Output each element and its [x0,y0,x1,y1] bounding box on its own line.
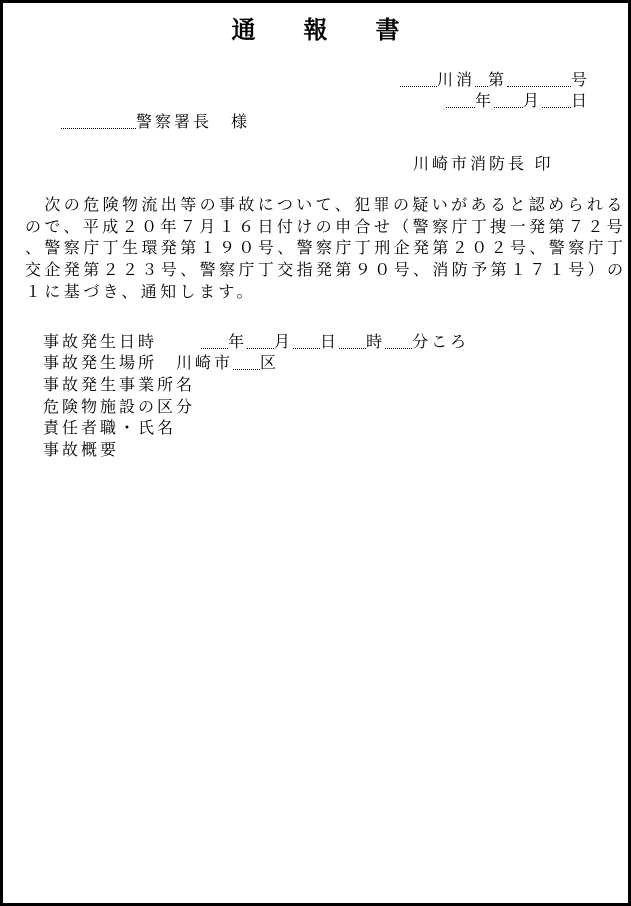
blank-underline [293,336,320,349]
addressee-name: 警察署長 様 [136,114,250,131]
document-number-line: 川消第号 [3,70,590,91]
year-unit: 年 [228,334,247,351]
document-title: 通 報 書 [3,18,628,44]
field-location-label: 事故発生場所 [43,355,157,372]
month-unit: 月 [523,93,542,110]
addressee-line: 警察署長 様 [3,112,628,133]
field-facility-category-label: 危険物施設の区分 [43,397,628,419]
blank-underline [201,336,228,349]
field-business-name-label: 事故発生事業所名 [43,375,628,397]
office-abbrev: 川消 [437,72,475,89]
year-unit: 年 [475,93,494,110]
city-name: 川崎市 [176,355,233,372]
document-page: 通 報 書 川消第号 年月日 警察署長 様 川崎市消防長 印 次の危険物流出等の… [0,0,631,906]
body-paragraph: 次の危険物流出等の事故について、犯罪の疑いがあると認められる ので、平成２０年７… [3,195,628,304]
month-unit: 月 [274,334,293,351]
document-header-block: 川消第号 年月日 [3,70,628,112]
sender-name: 川崎市消防長 印 [413,156,553,173]
blank-underline [339,336,366,349]
day-unit: 日 [571,93,590,110]
blank-underline [475,74,488,87]
body-line: 、警察庁丁生環発第１９０号、警察庁丁刑企発第２０２号、警察庁丁 [25,238,612,260]
body-line: 交企発第２２３号、警察庁丁交指発第９０号、消防予第１７１号）の [25,260,612,282]
body-line: 次の危険物流出等の事故について、犯罪の疑いがあると認められる [25,195,612,217]
day-unit: 日 [320,334,339,351]
sender-line: 川崎市消防長 印 [3,155,628,175]
body-line: １に基づき、通知します。 [25,282,612,304]
field-location-line: 事故発生場所川崎市区 [43,353,628,375]
field-datetime-line: 事故発生日時年月日時分ころ [43,332,628,354]
blank-underline [247,336,274,349]
blank-underline [507,74,571,87]
field-responsible-person-label: 責任者職・氏名 [43,418,628,440]
blank-underline [494,95,523,108]
body-line: ので、平成２０年７月１６日付けの申合せ（警察庁丁捜一発第７２号 [25,217,612,239]
blank-underline [61,116,136,129]
blank-underline [446,95,475,108]
fields-block: 事故発生日時年月日時分ころ 事故発生場所川崎市区 事故発生事業所名 危険物施設の… [3,332,628,462]
hour-unit: 時 [366,334,385,351]
date-line: 年月日 [3,91,590,112]
number-prefix: 第 [488,72,507,89]
blank-underline [542,95,571,108]
number-suffix: 号 [571,72,590,89]
ward-unit: 区 [260,355,279,372]
minute-approx-label: 分ころ [412,334,469,351]
blank-underline [385,336,412,349]
blank-underline [400,74,437,87]
blank-underline [233,357,260,370]
field-accident-summary-label: 事故概要 [43,440,628,462]
field-datetime-label: 事故発生日時 [43,334,157,351]
